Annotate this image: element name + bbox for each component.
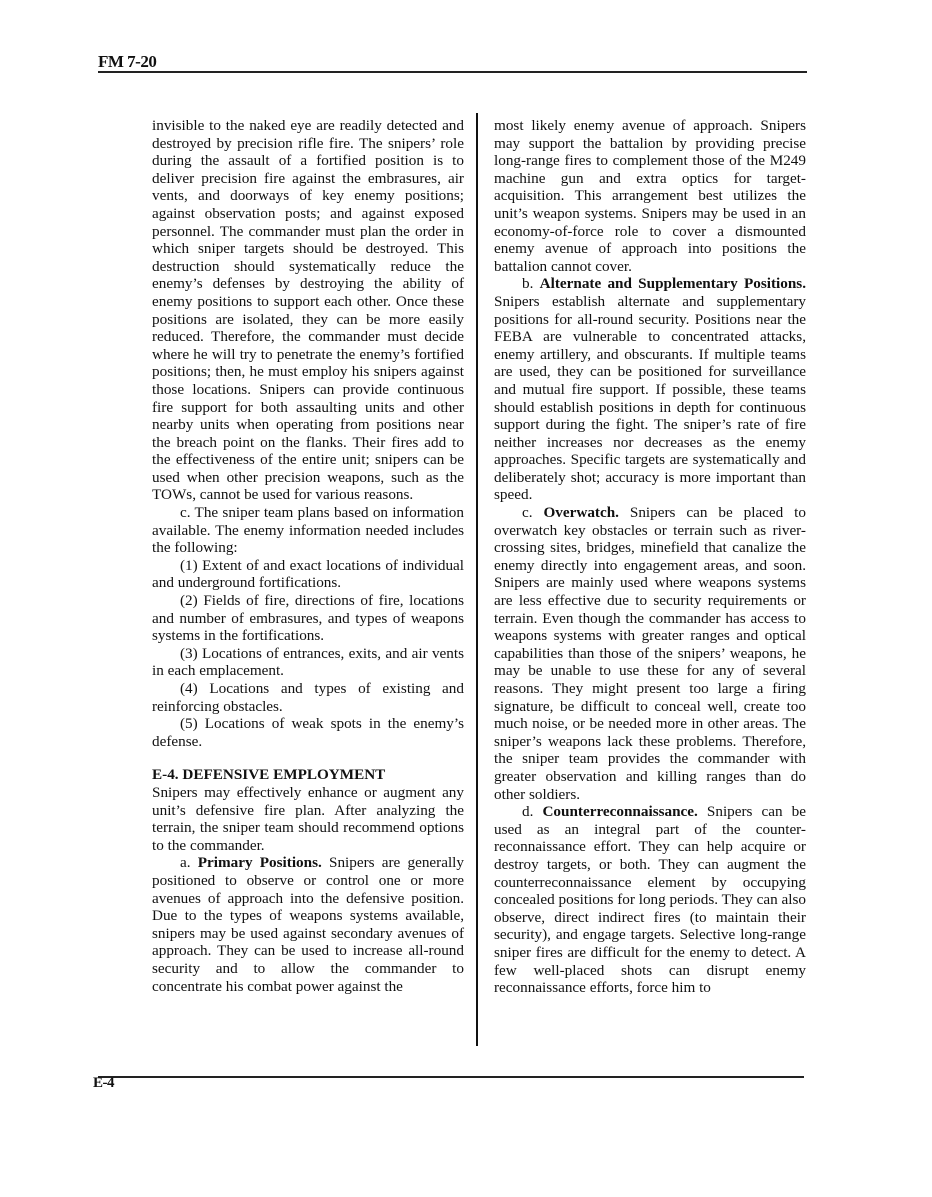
paragraph-label: a.: [180, 854, 198, 871]
paragraph-title: Counterreconnaissance.: [542, 803, 697, 820]
paragraph-text: Snipers can be placed to overwatch key o…: [494, 504, 806, 803]
footer-rule: [98, 1076, 804, 1078]
paragraph-label: b.: [522, 275, 540, 292]
page-number: E-4: [93, 1075, 114, 1092]
list-item: (3) Locations of entrances, exits, and a…: [152, 645, 464, 680]
list-item: (1) Extent of and exact locations of ind…: [152, 557, 464, 592]
paragraph-text: Snipers can be used as an integral part …: [494, 803, 806, 996]
paragraph-text: Snipers are generally positioned to obse…: [152, 854, 464, 994]
header-rule: [98, 71, 807, 73]
paragraph-counterreconnaissance: d. Counterreconnaissance. Snipers can be…: [494, 803, 806, 997]
paragraph-c: c. The sniper team plans based on inform…: [152, 504, 464, 557]
paragraph-overwatch: c. Overwatch. Snipers can be placed to o…: [494, 504, 806, 803]
right-column: most likely enemy avenue of approach. Sn…: [494, 117, 806, 997]
paragraph-label: d.: [522, 803, 542, 820]
paragraph-title: Overwatch.: [543, 504, 619, 521]
paragraph-text: Snipers establish alternate and suppleme…: [494, 293, 806, 504]
paragraph-label: c.: [522, 504, 543, 521]
paragraph-title: Alternate and Supplementary Positions.: [540, 275, 806, 292]
section-heading: E-4. DEFENSIVE EMPLOYMENT: [152, 766, 464, 784]
list-item: (5) Locations of weak spots in the enemy…: [152, 715, 464, 750]
paragraph-title: Primary Positions.: [198, 854, 322, 871]
column-divider: [476, 113, 478, 1046]
left-column: invisible to the naked eye are readily d…: [152, 117, 464, 995]
paragraph-continued: invisible to the naked eye are readily d…: [152, 117, 464, 504]
paragraph-continued: most likely enemy avenue of approach. Sn…: [494, 117, 806, 275]
list-item: (4) Locations and types of existing and …: [152, 680, 464, 715]
paragraph-alternate-positions: b. Alternate and Supplementary Positions…: [494, 275, 806, 504]
running-head: FM 7-20: [98, 52, 156, 72]
paragraph-primary-positions: a. Primary Positions. Snipers are genera…: [152, 854, 464, 995]
section-intro: Snipers may effectively enhance or augme…: [152, 784, 464, 854]
list-item: (2) Fields of fire, directions of fire, …: [152, 592, 464, 645]
